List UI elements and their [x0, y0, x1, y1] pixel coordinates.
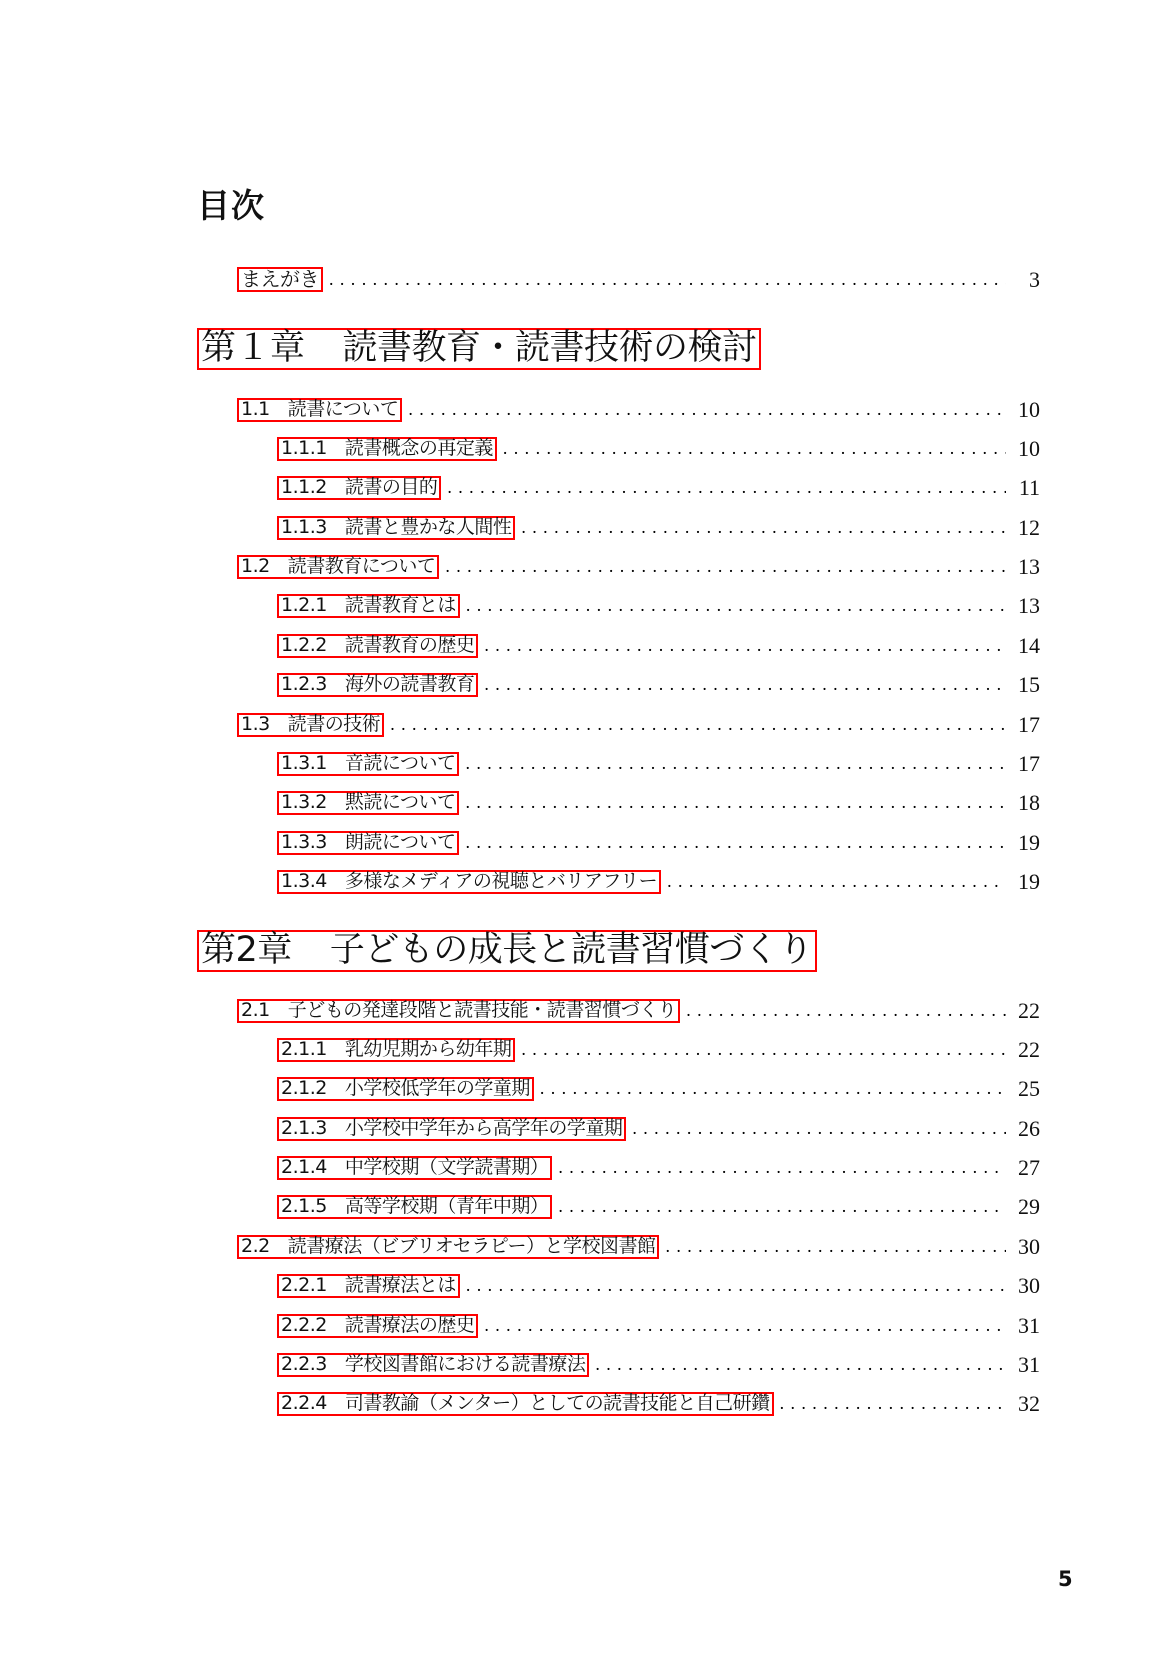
entry-link[interactable]: 2.2.4司書教諭（メンター）としての読書技能と自己研鑽 — [277, 1392, 774, 1416]
entry-link[interactable]: 1.2.3海外の読書教育 — [277, 673, 478, 697]
entry-link[interactable]: 2.1子どもの発達段階と読書技能・読書習慣づくり — [237, 999, 680, 1023]
subsection-title: 読書と豊かな人間性 — [345, 516, 512, 538]
subsection-title: 読書療法の歴史 — [345, 1314, 475, 1336]
subsection-number: 1.2.3 — [281, 673, 327, 695]
dot-leader: ........................................… — [445, 557, 1006, 575]
section-title: 読書について — [288, 398, 399, 420]
dot-leader: ........................................… — [503, 439, 1006, 457]
toc-subsection-1-2-3[interactable]: 1.2.3海外の読書教育 ...........................… — [277, 667, 1040, 697]
subsection-title: 乳幼児期から幼年期 — [345, 1038, 512, 1060]
toc-chapter-2[interactable]: 第2章子どもの成長と読書習慣づくり — [197, 930, 817, 972]
subsection-title: 朗読について — [345, 831, 456, 853]
chapter-link[interactable]: 第2章子どもの成長と読書習慣づくり — [197, 930, 817, 972]
entry-link[interactable]: 1.3.3朗読について — [277, 831, 459, 855]
entry-page: 19 — [1012, 831, 1040, 855]
dot-leader: ........................................… — [780, 1394, 1006, 1412]
entry-link[interactable]: 2.1.4中学校期（文学読書期） — [277, 1156, 552, 1180]
toc-subsection-2-2-1[interactable]: 2.2.1読書療法とは ............................… — [277, 1268, 1040, 1298]
entry-page: 22 — [1012, 1038, 1040, 1062]
toc-subsection-1-1-1[interactable]: 1.1.1読書概念の再定義 ..........................… — [277, 431, 1040, 461]
entry-link[interactable]: 1.2.1読書教育とは — [277, 594, 460, 618]
entry-link[interactable]: 2.2読書療法（ビブリオセラピー）と学校図書館 — [237, 1235, 659, 1259]
entry-link[interactable]: 2.1.5高等学校期（青年中期） — [277, 1195, 552, 1219]
subsection-title: 多様なメディアの視聴とバリアフリー — [345, 870, 657, 892]
dot-leader: ........................................… — [521, 518, 1006, 536]
entry-page: 30 — [1012, 1274, 1040, 1298]
dot-leader: ........................................… — [484, 675, 1006, 693]
entry-page: 12 — [1012, 516, 1040, 540]
entry-link[interactable]: 1.1読書について — [237, 398, 402, 422]
toc-subsection-2-1-4[interactable]: 2.1.4中学校期（文学読書期） .......................… — [277, 1150, 1040, 1180]
entry-link[interactable]: 2.2.3学校図書館における読書療法 — [277, 1353, 589, 1377]
subsection-title: 小学校低学年の学童期 — [345, 1077, 530, 1099]
toc-section-1-1[interactable]: 1.1読書について ..............................… — [237, 392, 1040, 422]
entry-page: 14 — [1012, 634, 1040, 658]
entry-link[interactable]: まえがき — [237, 267, 323, 292]
subsection-title: 音読について — [345, 752, 456, 774]
subsection-number: 1.3.2 — [281, 791, 327, 813]
entry-page: 19 — [1012, 870, 1040, 894]
subsection-number: 1.2.1 — [281, 594, 327, 616]
dot-leader: ........................................… — [447, 478, 1006, 496]
entry-link[interactable]: 1.1.3読書と豊かな人間性 — [277, 516, 515, 540]
toc-subsection-1-2-2[interactable]: 1.2.2読書教育の歴史 ...........................… — [277, 628, 1040, 658]
subsection-title: 読書療法とは — [345, 1274, 456, 1296]
chapter-title: 読書教育・読書技術の検討 — [343, 328, 757, 368]
toc-subsection-1-1-3[interactable]: 1.1.3読書と豊かな人間性 .........................… — [277, 510, 1040, 540]
entry-link[interactable]: 1.3.4多様なメディアの視聴とバリアフリー — [277, 870, 661, 894]
subsection-title: 黙読について — [345, 791, 456, 813]
toc-section-2-1[interactable]: 2.1子どもの発達段階と読書技能・読書習慣づくり ...............… — [237, 993, 1040, 1023]
subsection-number: 1.1.1 — [281, 437, 327, 459]
toc-section-2-2[interactable]: 2.2読書療法（ビブリオセラピー）と学校図書館 ................… — [237, 1229, 1040, 1259]
subsection-number: 1.1.3 — [281, 516, 327, 538]
dot-leader: ........................................… — [558, 1197, 1006, 1215]
subsection-number: 2.1.1 — [281, 1038, 327, 1060]
toc-subsection-2-2-3[interactable]: 2.2.3学校図書館における読書療法 .....................… — [277, 1347, 1040, 1377]
toc-entry-preface[interactable]: まえがき ...................................… — [237, 262, 1040, 292]
entry-page: 15 — [1012, 673, 1040, 697]
subsection-title: 読書教育の歴史 — [345, 634, 475, 656]
subsection-number: 2.2.2 — [281, 1314, 327, 1336]
entry-link[interactable]: 1.1.2読書の目的 — [277, 476, 441, 500]
section-number: 1.2 — [241, 555, 270, 577]
dot-leader: ........................................… — [465, 793, 1006, 811]
section-number: 2.2 — [241, 1235, 270, 1257]
dot-leader: ........................................… — [466, 1276, 1006, 1294]
dot-leader: ........................................… — [466, 596, 1006, 614]
entry-page: 31 — [1012, 1353, 1040, 1377]
toc-section-1-2[interactable]: 1.2読書教育について ............................… — [237, 549, 1040, 579]
dot-leader: ........................................… — [558, 1158, 1006, 1176]
toc-subsection-2-1-5[interactable]: 2.1.5高等学校期（青年中期） .......................… — [277, 1189, 1040, 1219]
chapter-title: 子どもの成長と読書習慣づくり — [330, 930, 813, 970]
toc-subsection-1-3-4[interactable]: 1.3.4多様なメディアの視聴とバリアフリー .................… — [277, 864, 1040, 894]
dot-leader: ........................................… — [329, 270, 1006, 288]
chapter-number: 第2章 — [201, 930, 292, 970]
toc-subsection-1-3-1[interactable]: 1.3.1音読について ............................… — [277, 746, 1040, 776]
toc-section-1-3[interactable]: 1.3読書の技術 ...............................… — [237, 707, 1040, 737]
entry-page: 13 — [1012, 594, 1040, 618]
dot-leader: ........................................… — [484, 636, 1006, 654]
chapter-link[interactable]: 第１章読書教育・読書技術の検討 — [197, 328, 761, 370]
entry-link[interactable]: 2.1.3小学校中学年から高学年の学童期 — [277, 1117, 626, 1141]
entry-page: 26 — [1012, 1117, 1040, 1141]
toc-subsection-2-2-2[interactable]: 2.2.2読書療法の歴史 ...........................… — [277, 1308, 1040, 1338]
dot-leader: ........................................… — [521, 1040, 1006, 1058]
toc-subsection-2-1-3[interactable]: 2.1.3小学校中学年から高学年の学童期 ...................… — [277, 1111, 1040, 1141]
subsection-number: 2.1.3 — [281, 1117, 327, 1139]
entry-page: 32 — [1012, 1392, 1040, 1416]
entry-link[interactable]: 1.1.1読書概念の再定義 — [277, 437, 497, 461]
subsection-number: 2.2.4 — [281, 1392, 327, 1414]
toc-subsection-2-1-1[interactable]: 2.1.1乳幼児期から幼年期 .........................… — [277, 1032, 1040, 1062]
toc-subsection-1-3-3[interactable]: 1.3.3朗読について ............................… — [277, 825, 1040, 855]
subsection-title: 読書の目的 — [345, 476, 438, 498]
toc-chapter-1[interactable]: 第１章読書教育・読書技術の検討 — [197, 328, 761, 370]
subsection-title: 小学校中学年から高学年の学童期 — [345, 1117, 623, 1139]
dot-leader: ........................................… — [540, 1079, 1006, 1097]
entry-page: 17 — [1012, 713, 1040, 737]
section-number: 2.1 — [241, 999, 270, 1021]
toc-subsection-2-2-4[interactable]: 2.2.4司書教諭（メンター）としての読書技能と自己研鑽 ...........… — [277, 1386, 1040, 1416]
subsection-number: 1.1.2 — [281, 476, 327, 498]
entry-page: 22 — [1012, 999, 1040, 1023]
entry-link[interactable]: 2.1.1乳幼児期から幼年期 — [277, 1038, 515, 1062]
section-number: 1.3 — [241, 713, 270, 735]
entry-page: 27 — [1012, 1156, 1040, 1180]
subsection-title: 海外の読書教育 — [345, 673, 475, 695]
subsection-number: 1.2.2 — [281, 634, 327, 656]
subsection-title: 司書教諭（メンター）としての読書技能と自己研鑽 — [345, 1392, 770, 1414]
page-number: 5 — [1058, 1567, 1073, 1591]
entry-page: 11 — [1012, 476, 1040, 500]
entry-page: 29 — [1012, 1195, 1040, 1219]
entry-link[interactable]: 1.3読書の技術 — [237, 713, 384, 737]
subsection-number: 1.3.4 — [281, 870, 327, 892]
section-number: 1.1 — [241, 398, 270, 420]
chapter-number: 第１章 — [201, 328, 305, 368]
dot-leader: ........................................… — [667, 872, 1006, 890]
section-title: 読書の技術 — [288, 713, 381, 735]
subsection-title: 読書概念の再定義 — [345, 437, 493, 459]
entry-page: 10 — [1012, 398, 1040, 422]
subsection-number: 2.1.4 — [281, 1156, 327, 1178]
dot-leader: ........................................… — [465, 833, 1006, 851]
dot-leader: ........................................… — [665, 1237, 1006, 1255]
dot-leader: ........................................… — [632, 1119, 1006, 1137]
entry-page: 13 — [1012, 555, 1040, 579]
entry-page: 30 — [1012, 1235, 1040, 1259]
subsection-number: 2.1.2 — [281, 1077, 327, 1099]
entry-link[interactable]: 2.2.2読書療法の歴史 — [277, 1314, 478, 1338]
subsection-title: 中学校期（文学読書期） — [345, 1156, 549, 1178]
entry-link[interactable]: 1.3.1音読について — [277, 752, 459, 776]
dot-leader: ........................................… — [390, 715, 1006, 733]
section-title: 読書療法（ビブリオセラピー）と学校図書館 — [288, 1235, 656, 1257]
subsection-number: 1.3.3 — [281, 831, 327, 853]
subsection-title: 読書教育とは — [345, 594, 456, 616]
toc-subsection-1-1-2[interactable]: 1.1.2読書の目的 .............................… — [277, 470, 1040, 500]
entry-page: 25 — [1012, 1077, 1040, 1101]
entry-page: 10 — [1012, 437, 1040, 461]
toc-title: 目次 — [197, 180, 265, 227]
subsection-title: 学校図書館における読書療法 — [345, 1353, 586, 1375]
dot-leader: ........................................… — [408, 400, 1006, 418]
section-title: 子どもの発達段階と読書技能・読書習慣づくり — [288, 999, 677, 1021]
toc-subsection-1-3-2[interactable]: 1.3.2黙読について ............................… — [277, 785, 1040, 815]
subsection-number: 1.3.1 — [281, 752, 327, 774]
entry-page: 17 — [1012, 752, 1040, 776]
entry-link[interactable]: 2.1.2小学校低学年の学童期 — [277, 1077, 534, 1101]
subsection-number: 2.2.1 — [281, 1274, 327, 1296]
entry-link[interactable]: 1.2.2読書教育の歴史 — [277, 634, 478, 658]
section-title: 読書教育について — [288, 555, 436, 577]
dot-leader: ........................................… — [484, 1316, 1006, 1334]
subsection-title: 高等学校期（青年中期） — [345, 1195, 549, 1217]
dot-leader: ........................................… — [465, 754, 1006, 772]
subsection-number: 2.2.3 — [281, 1353, 327, 1375]
entry-link[interactable]: 1.3.2黙読について — [277, 791, 459, 815]
dot-leader: ........................................… — [686, 1001, 1006, 1019]
toc-subsection-2-1-2[interactable]: 2.1.2小学校低学年の学童期 ........................… — [277, 1071, 1040, 1101]
entry-link[interactable]: 1.2読書教育について — [237, 555, 439, 579]
entry-page: 3 — [1012, 268, 1040, 292]
entry-link[interactable]: 2.2.1読書療法とは — [277, 1274, 460, 1298]
entry-page: 31 — [1012, 1314, 1040, 1338]
toc-subsection-1-2-1[interactable]: 1.2.1読書教育とは ............................… — [277, 588, 1040, 618]
dot-leader: ........................................… — [595, 1355, 1006, 1373]
subsection-number: 2.1.5 — [281, 1195, 327, 1217]
entry-page: 18 — [1012, 791, 1040, 815]
